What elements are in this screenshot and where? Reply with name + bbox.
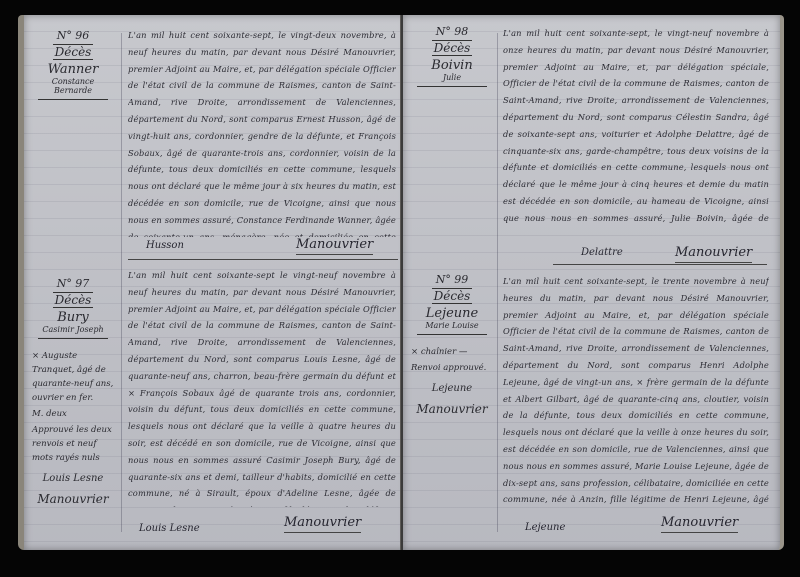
entry-number: N° 99 xyxy=(407,273,497,286)
signature-mayor: Manouvrier xyxy=(296,237,373,255)
margin-approval: Renvoi approuvé. xyxy=(407,361,497,375)
left-page: N° 96 Décès Wanner Constance Bernarde L'… xyxy=(18,15,407,550)
entry-type: Décès xyxy=(53,44,93,60)
entry-divider xyxy=(553,264,767,265)
entry-number: N° 96 xyxy=(28,29,118,42)
entry-96-text: L'an mil huit cent soixante-sept, le vin… xyxy=(128,27,396,237)
entry-type: Décès xyxy=(53,292,93,308)
margin-note: × chaînier — xyxy=(407,345,497,359)
right-page: N° 98 Décès Boivin Julie L'an mil huit c… xyxy=(403,15,784,550)
entry-divider xyxy=(128,259,398,260)
entry-number: N° 98 xyxy=(407,25,497,38)
margin-signature-mayor: Manouvrier xyxy=(28,492,118,506)
signature-mayor: Manouvrier xyxy=(284,515,361,533)
margin-signature-witness: Lejeune xyxy=(407,383,497,394)
entry-97-margin: N° 97 Décès Bury Casimir Joseph × August… xyxy=(28,277,118,506)
entry-type: Décès xyxy=(432,288,472,304)
entry-type: Décès xyxy=(432,40,472,56)
signature-mayor: Manouvrier xyxy=(661,515,738,533)
signature-witness: Louis Lesne xyxy=(139,523,200,534)
entry-given-names: Julie xyxy=(417,73,487,87)
margin-note: × Auguste Tranquet, âgé de quarante-neuf… xyxy=(28,349,118,405)
signature-witness: Lejeune xyxy=(525,522,565,533)
entry-surname: Lejeune xyxy=(407,306,497,321)
margin-line xyxy=(497,33,498,532)
margin-signature-mayor: Manouvrier xyxy=(407,402,497,416)
margin-note-2: M. deux xyxy=(28,407,118,421)
entry-98-margin: N° 98 Décès Boivin Julie xyxy=(407,25,497,87)
open-register-book: N° 96 Décès Wanner Constance Bernarde L'… xyxy=(18,15,780,550)
entry-number: N° 97 xyxy=(28,277,118,290)
margin-line xyxy=(121,33,122,532)
margin-approval: Approuvé les deux renvois et neuf mots r… xyxy=(28,423,118,465)
entry-given-names: Constance Bernarde xyxy=(38,77,108,100)
margin-signature-witness: Louis Lesne xyxy=(28,473,118,484)
entry-99-text: L'an mil huit cent soixante-sept, le tre… xyxy=(503,273,769,505)
entry-96-margin: N° 96 Décès Wanner Constance Bernarde xyxy=(28,29,118,100)
signature-mayor: Manouvrier xyxy=(675,245,752,263)
entry-given-names: Casimir Joseph xyxy=(38,325,108,339)
entry-97-text: L'an mil huit cent soixante-sept le ving… xyxy=(128,267,396,507)
entry-surname: Wanner xyxy=(28,62,118,77)
entry-99-margin: N° 99 Décès Lejeune Marie Louise × chaîn… xyxy=(407,273,497,416)
entry-given-names: Marie Louise xyxy=(417,321,487,335)
entry-surname: Boivin xyxy=(407,58,497,73)
entry-98-text: L'an mil huit cent soixante-sept, le vin… xyxy=(503,25,769,230)
signature-witness: Delattre xyxy=(581,247,623,258)
signature-witness: Husson xyxy=(146,240,184,251)
entry-surname: Bury xyxy=(28,310,118,325)
